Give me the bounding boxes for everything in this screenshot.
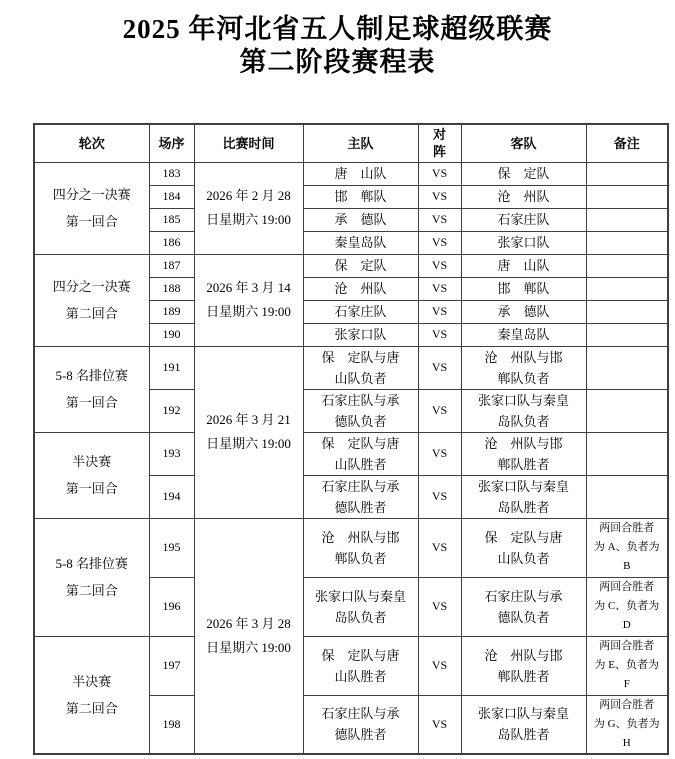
table-row: 四分之一决赛 第二回合 187 2026 年 3 月 14 日星期六 19:00… (34, 254, 668, 277)
match-no-cell: 195 (149, 518, 194, 577)
page-title: 2025 年河北省五人制足球超级联赛 第二阶段赛程表 (0, 13, 675, 79)
remark-cell (586, 432, 668, 475)
remark-cell: 两回合胜者 为 A、负者为 B (586, 518, 668, 577)
match-no-cell: 187 (149, 254, 194, 277)
remark-cell (586, 323, 668, 346)
match-no-cell: 189 (149, 300, 194, 323)
vs-cell: VS (418, 162, 461, 185)
round-cell: 半决赛 第二回合 (34, 636, 149, 754)
home-team-cell: 保 定队 (303, 254, 418, 277)
home-team-cell: 石家庄队与承 德队胜者 (303, 475, 418, 518)
table-row: 半决赛 第二回合 197 保 定队与唐 山队胜者 VS 沧 州队与邯 郸队胜者 … (34, 636, 668, 695)
home-team-cell: 保 定队与唐 山队胜者 (303, 636, 418, 695)
away-team-cell: 秦皇岛队 (461, 323, 586, 346)
match-no-cell: 193 (149, 432, 194, 475)
remark-cell (586, 475, 668, 518)
home-team-cell: 沧 州队与邯 郸队负者 (303, 518, 418, 577)
away-team-cell: 保 定队 (461, 162, 586, 185)
away-team-cell: 保 定队与唐 山队负者 (461, 518, 586, 577)
away-team-cell: 张家口队与秦皇 岛队胜者 (461, 695, 586, 754)
table-row: 5-8 名排位赛 第一回合 191 2026 年 3 月 21 日星期六 19:… (34, 346, 668, 389)
vs-cell: VS (418, 432, 461, 475)
away-team-cell: 石家庄队 (461, 208, 586, 231)
away-team-cell: 唐 山队 (461, 254, 586, 277)
vs-cell: VS (418, 636, 461, 695)
table-row: 半决赛 第一回合 193 保 定队与唐 山队胜者 VS 沧 州队与邯 郸队胜者 (34, 432, 668, 475)
home-team-cell: 张家口队 (303, 323, 418, 346)
vs-cell: VS (418, 185, 461, 208)
remark-cell (586, 300, 668, 323)
away-team-cell: 承 德队 (461, 300, 586, 323)
schedule-table: 轮次 场序 比赛时间 主队 对 阵 客队 备注 四分之一决赛 第一回合 183 … (33, 123, 669, 755)
time-cell: 2026 年 3 月 21 日星期六 19:00 (194, 346, 303, 518)
remark-cell: 两回合胜者 为 E、负者为 F (586, 636, 668, 695)
vs-cell: VS (418, 300, 461, 323)
match-no-cell: 192 (149, 389, 194, 432)
round-cell: 5-8 名排位赛 第二回合 (34, 518, 149, 636)
vs-cell: VS (418, 277, 461, 300)
vs-cell: VS (418, 346, 461, 389)
col-header-remarks: 备注 (586, 124, 668, 162)
vs-cell: VS (418, 254, 461, 277)
remark-cell (586, 254, 668, 277)
away-team-cell: 沧 州队 (461, 185, 586, 208)
home-team-cell: 邯 郸队 (303, 185, 418, 208)
round-cell: 四分之一决赛 第二回合 (34, 254, 149, 346)
table-row: 四分之一决赛 第一回合 183 2026 年 2 月 28 日星期六 19:00… (34, 162, 668, 185)
col-header-away: 客队 (461, 124, 586, 162)
match-no-cell: 190 (149, 323, 194, 346)
home-team-cell: 承 德队 (303, 208, 418, 231)
time-cell: 2026 年 3 月 14 日星期六 19:00 (194, 254, 303, 346)
remark-cell (586, 231, 668, 254)
away-team-cell: 沧 州队与邯 郸队负者 (461, 346, 586, 389)
col-header-vs: 对 阵 (418, 124, 461, 162)
match-no-cell: 198 (149, 695, 194, 754)
home-team-cell: 沧 州队 (303, 277, 418, 300)
match-no-cell: 197 (149, 636, 194, 695)
remark-cell (586, 162, 668, 185)
away-team-cell: 邯 郸队 (461, 277, 586, 300)
remark-cell: 两回合胜者 为 C、负者为 D (586, 577, 668, 636)
col-header-round: 轮次 (34, 124, 149, 162)
page-title-line2: 第二阶段赛程表 (0, 46, 675, 79)
match-no-cell: 191 (149, 346, 194, 389)
remark-cell (586, 277, 668, 300)
vs-cell: VS (418, 323, 461, 346)
home-team-cell: 石家庄队与承 德队胜者 (303, 695, 418, 754)
home-team-cell: 秦皇岛队 (303, 231, 418, 254)
vs-cell: VS (418, 231, 461, 254)
vs-cell: VS (418, 208, 461, 231)
col-header-match-no: 场序 (149, 124, 194, 162)
home-team-cell: 唐 山队 (303, 162, 418, 185)
home-team-cell: 石家庄队与承 德队负者 (303, 389, 418, 432)
home-team-cell: 张家口队与秦皇 岛队负者 (303, 577, 418, 636)
round-cell: 半决赛 第一回合 (34, 432, 149, 518)
round-cell: 四分之一决赛 第一回合 (34, 162, 149, 254)
table-row: 5-8 名排位赛 第二回合 195 2026 年 3 月 28 日星期六 19:… (34, 518, 668, 577)
vs-cell: VS (418, 577, 461, 636)
away-team-cell: 张家口队与秦皇 岛队负者 (461, 389, 586, 432)
time-cell: 2026 年 3 月 28 日星期六 19:00 (194, 518, 303, 754)
round-cell: 5-8 名排位赛 第一回合 (34, 346, 149, 432)
vs-cell: VS (418, 695, 461, 754)
away-team-cell: 张家口队与秦皇 岛队胜者 (461, 475, 586, 518)
remark-cell: 两回合胜者 为 G、负者为 H (586, 695, 668, 754)
away-team-cell: 石家庄队与承 德队负者 (461, 577, 586, 636)
time-cell: 2026 年 2 月 28 日星期六 19:00 (194, 162, 303, 254)
remark-cell (586, 346, 668, 389)
vs-cell: VS (418, 518, 461, 577)
page: { "title": { "line1": "2025 年河北省五人制足球超级联… (0, 0, 675, 759)
remark-cell (586, 208, 668, 231)
home-team-cell: 保 定队与唐 山队负者 (303, 346, 418, 389)
vs-cell: VS (418, 475, 461, 518)
match-no-cell: 183 (149, 162, 194, 185)
page-title-line1: 2025 年河北省五人制足球超级联赛 (0, 13, 675, 46)
col-header-time: 比赛时间 (194, 124, 303, 162)
away-team-cell: 张家口队 (461, 231, 586, 254)
match-no-cell: 184 (149, 185, 194, 208)
match-no-cell: 185 (149, 208, 194, 231)
home-team-cell: 保 定队与唐 山队胜者 (303, 432, 418, 475)
away-team-cell: 沧 州队与邯 郸队胜者 (461, 432, 586, 475)
header-row: 轮次 场序 比赛时间 主队 对 阵 客队 备注 (34, 124, 668, 162)
match-no-cell: 188 (149, 277, 194, 300)
vs-cell: VS (418, 389, 461, 432)
home-team-cell: 石家庄队 (303, 300, 418, 323)
match-no-cell: 196 (149, 577, 194, 636)
away-team-cell: 沧 州队与邯 郸队胜者 (461, 636, 586, 695)
match-no-cell: 194 (149, 475, 194, 518)
remark-cell (586, 185, 668, 208)
col-header-home: 主队 (303, 124, 418, 162)
match-no-cell: 186 (149, 231, 194, 254)
remark-cell (586, 389, 668, 432)
